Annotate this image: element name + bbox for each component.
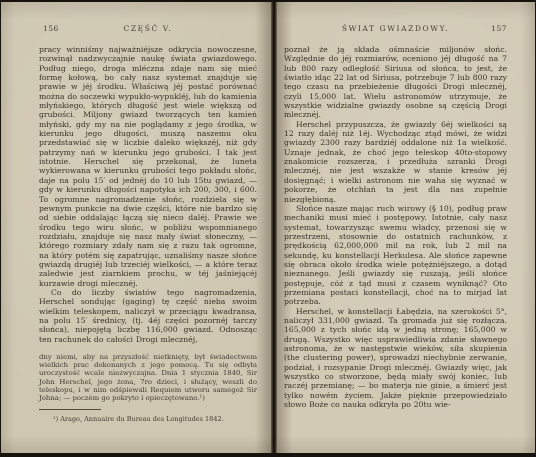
- right-running-header-title: ŚWIAT GWIAZDOWY.: [342, 24, 449, 33]
- paragraph-gaging: Co do liczby światów tego nagromadzenia,…: [39, 288, 257, 344]
- paragraph-continuation: pracy winniśmy najważniéjsze odkrycia no…: [39, 45, 257, 288]
- left-running-head: 156 CZĘŚĆ V.: [39, 24, 257, 36]
- left-page: 156 CZĘŚĆ V. pracy winniśmy najważniéjsz…: [1, 2, 271, 453]
- right-page-number: 157: [491, 24, 507, 33]
- right-running-head: ŚWIAT GWIAZDOWY. 157: [284, 24, 507, 36]
- left-running-header-title: CZĘŚĆ V.: [124, 24, 173, 33]
- footnote-citation: ¹) Arago, Annuaire du Bureau des Longitu…: [39, 415, 257, 423]
- left-body-text: pracy winniśmy najważniéjsze odkrycia no…: [39, 45, 257, 344]
- continued-footnote-block: dny niemi, aby na przyszłość nietknięty,…: [39, 353, 257, 402]
- left-page-number: 156: [43, 24, 59, 33]
- right-page: ŚWIAT GWIAZDOWY. 157 poznał że ją składa…: [277, 2, 535, 453]
- footnote-separator-rule: [39, 409, 101, 410]
- paragraph-cygnus-count: Herschel, w konstellacji Łabędzia, na sz…: [284, 307, 507, 410]
- right-body-text: poznał że ją składa ośmnaście miljonów s…: [284, 45, 507, 409]
- paragraph-herschel-magnitudes: Herschel przypuszcza, że gwiazdy 6éj wie…: [284, 120, 507, 204]
- paragraph-sun-motion: Słońce nasze mając ruch wirowy (§ 10), p…: [284, 204, 507, 307]
- book-scan: 156 CZĘŚĆ V. pracy winniśmy najważniéjsz…: [1, 2, 535, 453]
- paragraph-continuation: poznał że ją składa ośmnaście miljonów s…: [284, 45, 507, 120]
